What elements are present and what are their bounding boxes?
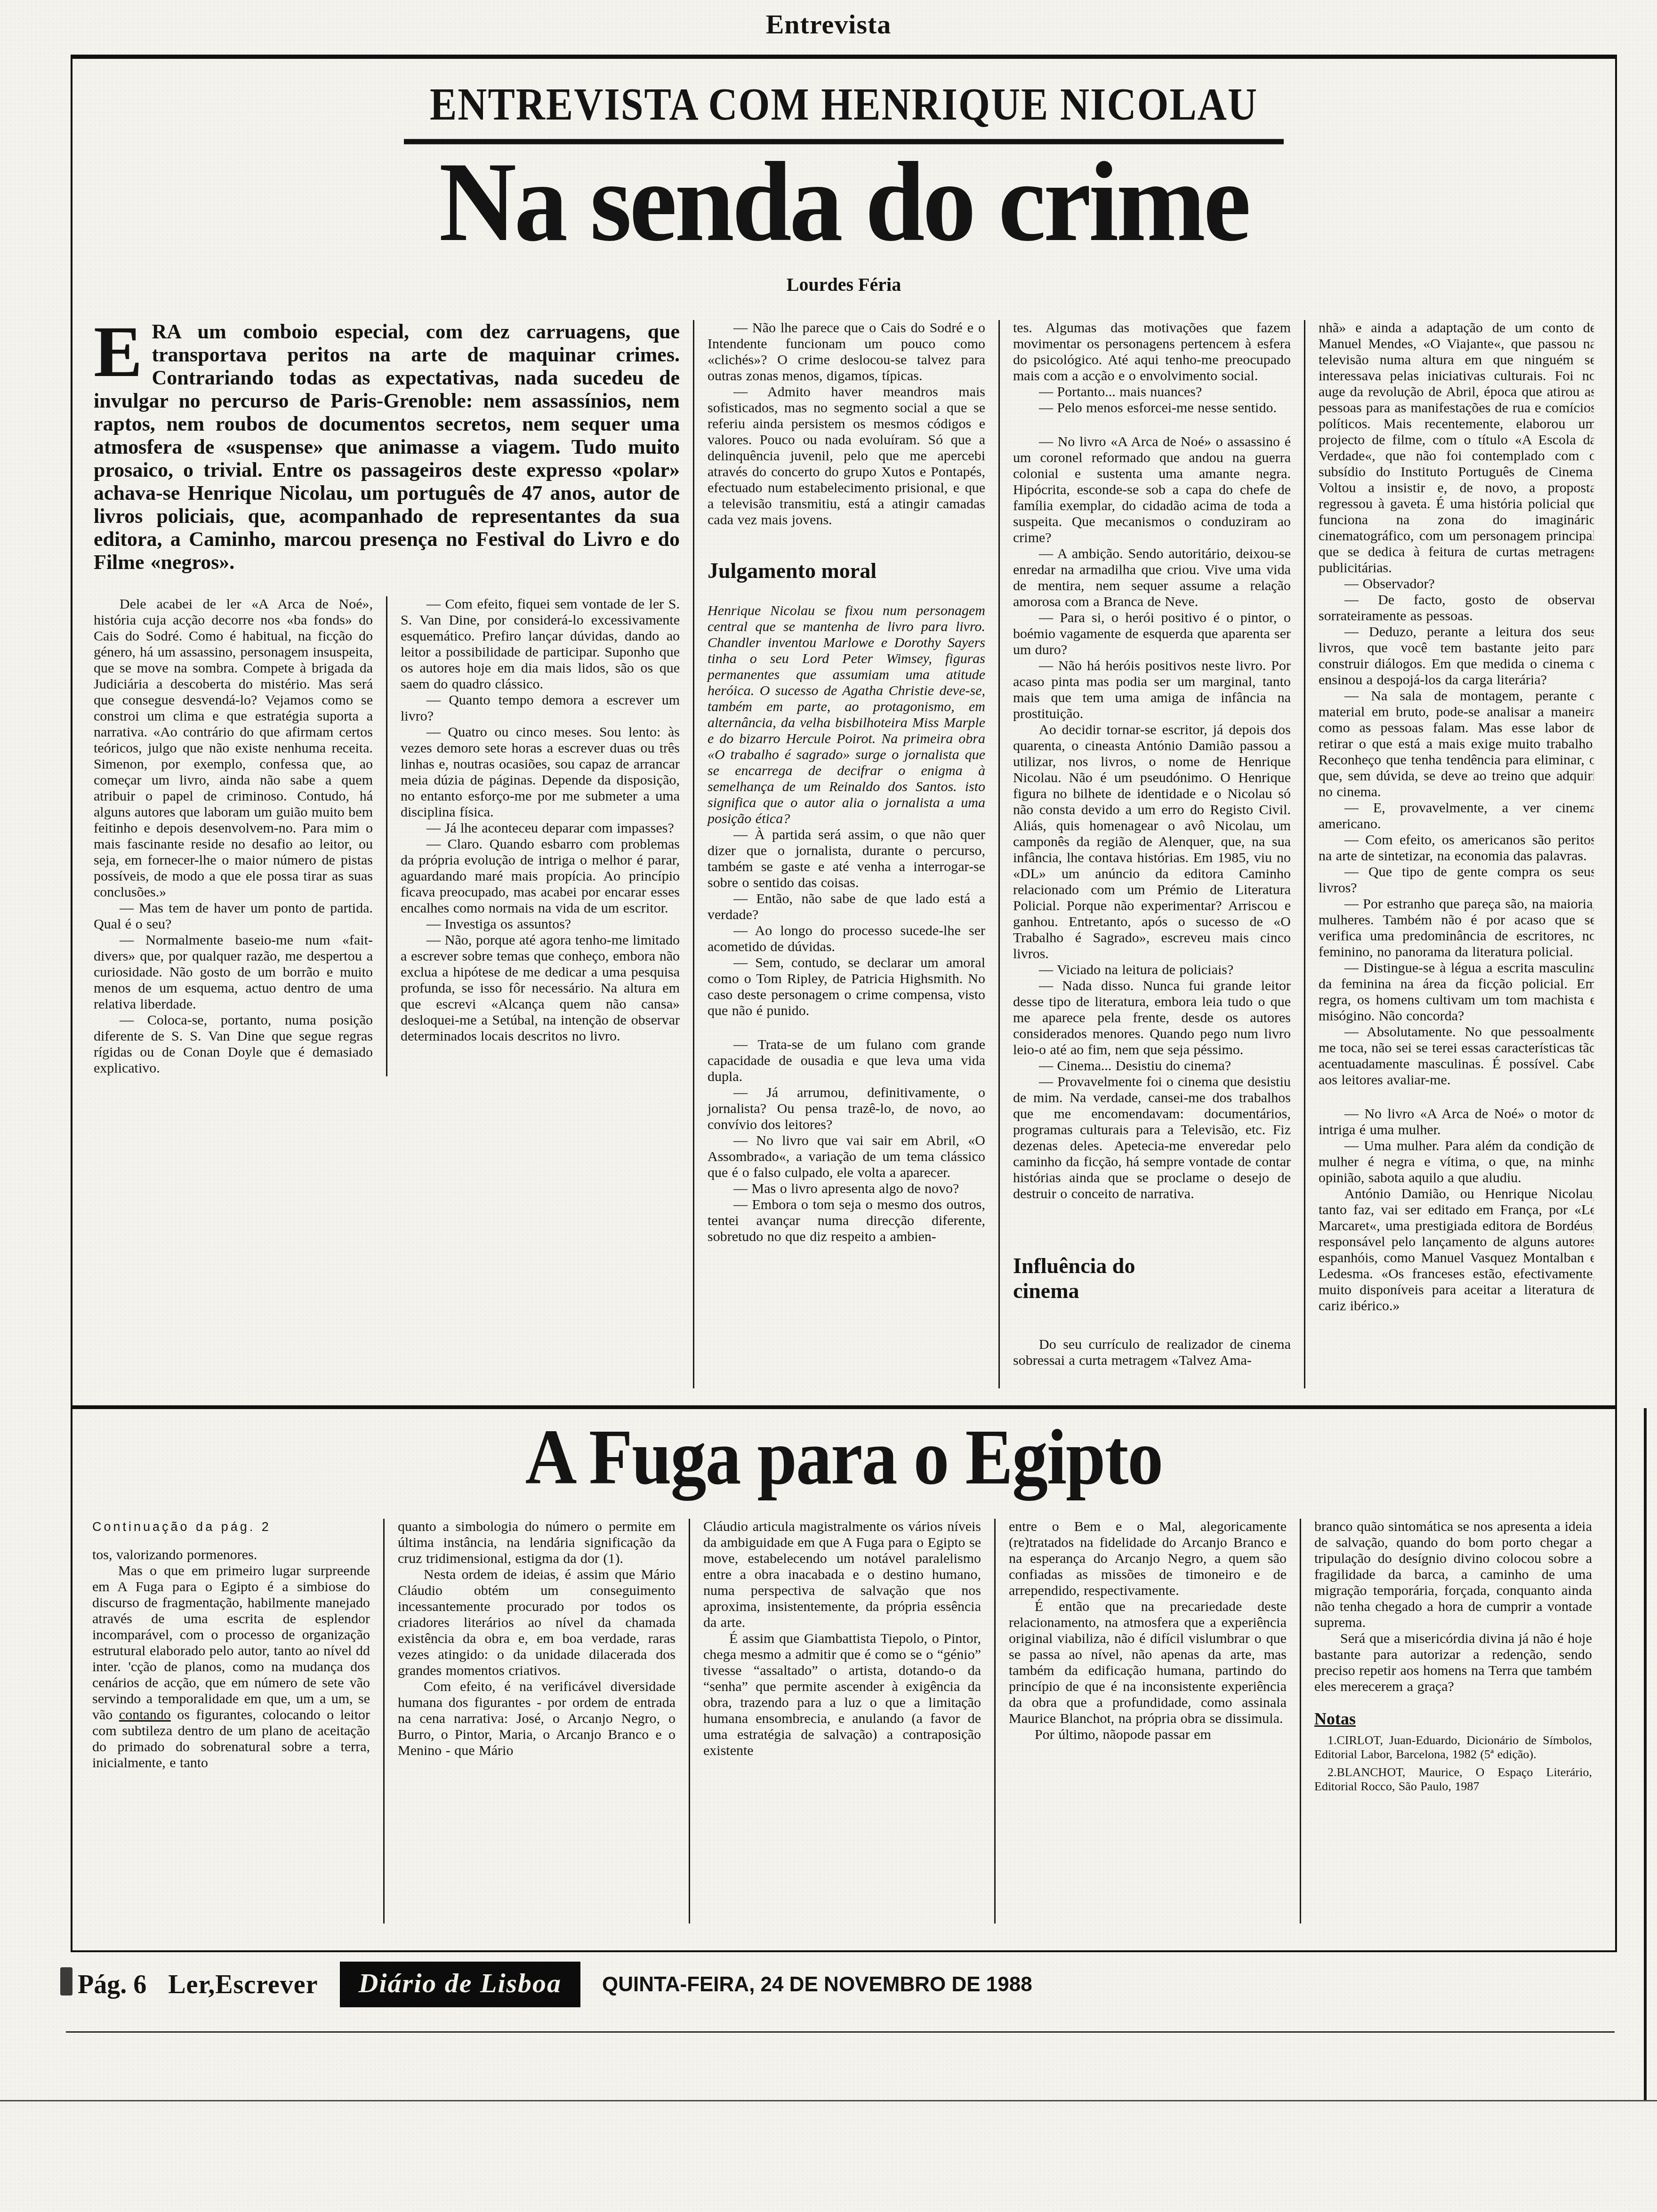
interview-left-pair: ERA um comboio especial, com dez carruag…: [94, 320, 680, 1388]
paragraph: tos, valorizando pormenores.: [92, 1547, 370, 1563]
paragraph: — Que tipo de gente compra os seus livro…: [1319, 864, 1594, 896]
scan-line-artifact: [1644, 1408, 1647, 2100]
scan-smudge-artifact: [60, 1967, 72, 1996]
second-column-1: Continuação da pág. 2 tos, valorizando p…: [92, 1519, 370, 1923]
paragraph: — Portanto... mais nuances?: [1013, 384, 1291, 400]
footer-rule: [66, 2031, 1615, 2033]
interview-column-4: tes. Algumas das motivações que fazem mo…: [998, 320, 1291, 1388]
paragraph: entre o Bem e o Mal, alegoricamente (re)…: [1009, 1519, 1287, 1599]
paragraph: Por último, nãopode passar em: [1009, 1727, 1287, 1743]
paragraph: — Para si, o herói positivo é o pintor, …: [1013, 610, 1291, 658]
paragraph: quanto a simbologia do número o permite …: [398, 1519, 676, 1567]
paragraph: — Por estranho que pareça são, na maiori…: [1319, 896, 1594, 960]
paragraph: — Embora o tom seja o mesmo dos outros, …: [708, 1197, 985, 1245]
paragraph: nhã» e ainda a adaptação de um conto de …: [1319, 320, 1594, 576]
byline: Lourdes Féria: [72, 273, 1615, 296]
paragraph: — Nada disso. Nunca fui grande leitor de…: [1013, 978, 1291, 1058]
paragraph: Com efeito, é na verificável diversidade…: [398, 1679, 676, 1759]
newspaper-page: Entrevista ENTREVISTA COM HENRIQUE NICOL…: [0, 0, 1657, 2212]
paragraph: — Mas o livro apresenta algo de novo?: [708, 1181, 985, 1197]
paragraph: — Sem, contudo, se declarar um amoral co…: [708, 955, 985, 1019]
paragraph: — Deduzo, perante a leitura dos seus liv…: [1319, 624, 1594, 688]
paragraph: — Com efeito, fiquei sem vontade de ler …: [401, 596, 680, 692]
paragraph: Cláudio articula magistralmente os vário…: [703, 1519, 981, 1631]
second-column-5: branco quão sintomática se nos apresenta…: [1300, 1519, 1592, 1923]
kicker: ENTREVISTA COM HENRIQUE NICOLAU: [404, 78, 1284, 144]
paragraph: — Não há heróis positivos neste livro. P…: [1013, 658, 1291, 722]
second-column-4: entre o Bem e o Mal, alegoricamente (re)…: [994, 1519, 1287, 1923]
paragraph: António Damião, ou Henrique Nicolau, tan…: [1319, 1186, 1594, 1314]
footer-section-label: Ler,Escrever: [168, 1970, 318, 2000]
paragraph-italic-intro: Henrique Nicolau se fixou num personagem…: [708, 603, 985, 827]
paragraph: — Normalmente baseio-me num «fait-divers…: [94, 932, 373, 1012]
paragraph: — Uma mulher. Para além da condição de m…: [1319, 1138, 1594, 1186]
paragraph: — Já arrumou, definitivamente, o jornali…: [708, 1085, 985, 1133]
paragraph: — À partida será assim, o que não quer d…: [708, 827, 985, 891]
paragraph: Ao decidir tornar-se escritor, já depois…: [1013, 722, 1291, 962]
paragraph: — No livro «A Arca de Noé» o assassino é…: [1013, 434, 1291, 546]
paragraph: É assim que Giambattista Tiepolo, o Pint…: [703, 1631, 981, 1759]
paragraph: — Na sala de montagem, perante o materia…: [1319, 688, 1594, 800]
interview-column-1: Dele acabei de ler «A Arca de Noé», hist…: [94, 596, 373, 1076]
footnote: 1.CIRLOT, Juan-Eduardo, Dicionário de Sí…: [1314, 1733, 1592, 1762]
paragraph: — Não lhe parece que o Cais do Sodré e o…: [708, 320, 985, 384]
paragraph: — Não, porque até agora tenho-me limitad…: [401, 932, 680, 1044]
interview-column-5: nhã» e ainda a adaptação de um conto de …: [1304, 320, 1594, 1388]
paragraph: — Claro. Quando esbarro com problemas da…: [401, 836, 680, 916]
paragraph: — Ao longo do processo sucede-lhe ser ac…: [708, 923, 985, 955]
second-article-box: A Fuga para o Egipto Continuação da pág.…: [71, 1407, 1617, 1952]
subhead-influencia-do-cinema: Influência do cinema: [1013, 1254, 1168, 1304]
paragraph: — Já lhe aconteceu deparar com impasses?: [401, 820, 680, 836]
paragraph: — Admito haver meandros mais sofisticado…: [708, 384, 985, 528]
paragraph: — Quatro ou cinco meses. Sou lento: às v…: [401, 724, 680, 820]
footnote: 2.BLANCHOT, Maurice, O Espaço Literário,…: [1314, 1765, 1592, 1794]
paragraph: — Mas tem de haver um ponto de partida. …: [94, 900, 373, 932]
page-section-label: Entrevista: [0, 8, 1657, 40]
paragraph: — No livro que vai sair em Abril, «O Ass…: [708, 1133, 985, 1181]
paragraph: branco quão sintomática se nos apresenta…: [1314, 1519, 1592, 1631]
paragraph: — Observador?: [1319, 576, 1594, 592]
paragraph: — Quanto tempo demora a escrever um livr…: [401, 692, 680, 724]
paragraph: — A ambição. Sendo autoritário, deixou-s…: [1013, 546, 1291, 610]
paragraph: Dele acabei de ler «A Arca de Noé», hist…: [94, 596, 373, 900]
paragraph: — No livro «A Arca de Noé» o motor da in…: [1319, 1106, 1594, 1138]
masthead-logo: Diário de Lisboa: [340, 1962, 581, 2007]
interview-column-3: — Não lhe parece que o Cais do Sodré e o…: [693, 320, 985, 1388]
paragraph: — Cinema... Desistiu do cinema?: [1013, 1058, 1291, 1074]
paragraph: — Coloca-se, portanto, numa posição dife…: [94, 1012, 373, 1076]
footer-page-label: Pág. 6: [78, 1970, 146, 2000]
lede-text: RA um comboio especial, com dez carruage…: [94, 320, 680, 574]
underlined-word: contando: [119, 1707, 171, 1723]
paragraph: — Provavelmente foi o cinema que desisti…: [1013, 1074, 1291, 1202]
paragraph: — Viciado na leitura de policiais?: [1013, 962, 1291, 978]
paragraph: — E, provavelmente, a ver cinema america…: [1319, 800, 1594, 832]
dropcap: E: [94, 320, 152, 379]
continuation-note: Continuação da pág. 2: [92, 1519, 370, 1535]
paragraph: — Absolutamente. No que pessoalmente me …: [1319, 1024, 1594, 1088]
paragraph: — De facto, gosto de observar sorrateira…: [1319, 592, 1594, 624]
second-column-2: quanto a simbologia do número o permite …: [383, 1519, 676, 1923]
headline: Na senda do crime: [72, 145, 1615, 259]
interview-column-2: — Com efeito, fiquei sem vontade de ler …: [386, 596, 680, 1076]
lede-paragraph: ERA um comboio especial, com dez carruag…: [94, 320, 680, 574]
second-article-body: Continuação da pág. 2 tos, valorizando p…: [92, 1519, 1595, 1923]
paragraph: — Com efeito, os americanos são peritos …: [1319, 832, 1594, 864]
second-article-title: A Fuga para o Egipto: [72, 1418, 1615, 1496]
interview-columns-1-2: Dele acabei de ler «A Arca de Noé», hist…: [94, 596, 680, 1076]
paragraph: — Trata-se de um fulano com grande capac…: [708, 1037, 985, 1085]
paragraph: tes. Algumas das motivações que fazem mo…: [1013, 320, 1291, 384]
paragraph: Mas o que em primeiro lugar surpreende e…: [92, 1563, 370, 1771]
paragraph: — Distingue-se à légua a escrita masculi…: [1319, 960, 1594, 1024]
paragraph: Nesta ordem de ideias, é assim que Mário…: [398, 1567, 676, 1679]
paragraph: É então que na precariedade deste relaci…: [1009, 1599, 1287, 1727]
scan-line-artifact: [0, 2100, 1657, 2101]
interview-article-box: ENTREVISTA COM HENRIQUE NICOLAU Na senda…: [71, 55, 1617, 1407]
paragraph: Do seu currículo de realizador de cinema…: [1013, 1337, 1291, 1369]
subhead-julgamento-moral: Julgamento moral: [708, 558, 985, 583]
notas-heading: Notas: [1314, 1711, 1592, 1727]
page-footer: Pág. 6 Ler,Escrever Diário de Lisboa QUI…: [78, 1962, 1584, 2007]
interview-body: ERA um comboio especial, com dez carruag…: [94, 320, 1594, 1388]
kicker-wrap: ENTREVISTA COM HENRIQUE NICOLAU: [72, 81, 1615, 141]
paragraph: — Investiga os assuntos?: [401, 916, 680, 932]
paragraph: — Então, não sabe de que lado está a ver…: [708, 891, 985, 923]
second-column-3: Cláudio articula magistralmente os vário…: [689, 1519, 981, 1923]
paragraph: — Pelo menos esforcei-me nesse sentido.: [1013, 400, 1291, 416]
footer-date: QUINTA-FEIRA, 24 DE NOVEMBRO DE 1988: [602, 1973, 1032, 1996]
paragraph-text: Mas o que em primeiro lugar surpreende e…: [92, 1563, 370, 1723]
paragraph: Será que a misericórdia divina já não é …: [1314, 1631, 1592, 1695]
